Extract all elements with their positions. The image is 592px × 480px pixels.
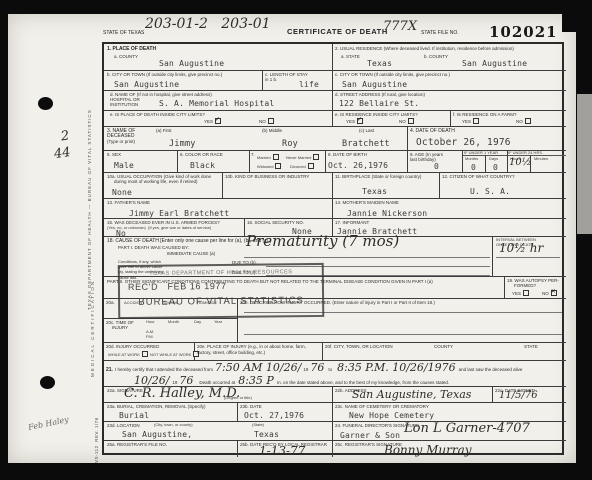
grid-line <box>485 155 486 172</box>
length-of-stay-value: life <box>299 81 319 89</box>
vertical-form-number: VS-112 REV. 1/76 <box>94 417 99 463</box>
registrar-date-recd-handwritten: 1-13-77 <box>259 445 305 457</box>
type-or-print-label: (Type or print) <box>107 139 135 145</box>
grid-line <box>104 90 566 91</box>
entry-line <box>244 257 490 258</box>
state-of-texas-label: STATE OF TEXAS <box>103 30 144 36</box>
county-of-death-label: a. COUNTY <box>114 54 138 60</box>
date-signed-handwritten: 11/5/76 <box>499 391 538 401</box>
grid-line <box>104 172 566 173</box>
death-city-limits-no: NO <box>259 118 274 125</box>
received-stamp: TEXAS DEPARTMENT OF HEALTH RESOURCES REC… <box>118 263 325 319</box>
married-checkbox <box>273 154 279 160</box>
months-label: Months <box>465 157 478 162</box>
state-file-number: 102021 <box>489 23 558 41</box>
mother-maiden-name-label: 14. MOTHER'S MAIDEN NAME <box>335 200 399 206</box>
certify-handwritten-to: 8:35 P.M. 10/26/1976 <box>337 362 456 373</box>
handwritten-777x: 777X <box>383 20 417 33</box>
last-name-label: (c) Last <box>359 128 374 134</box>
grid-line <box>177 150 178 172</box>
minutes-label: Minutes <box>534 157 548 162</box>
days-value: 0 <box>493 164 498 172</box>
mother-maiden-name-value: Jannie Nickerson <box>347 210 427 218</box>
grid-line <box>244 218 245 236</box>
while-at-work: WHILE AT WORK <box>108 351 148 358</box>
certificate-form-grid: 1. PLACE OF DEATH a. COUNTY San Augustin… <box>102 42 564 455</box>
stamp-line-3: BUREAU OF VITAL STATISTICS <box>120 295 322 308</box>
grid-line <box>332 44 333 126</box>
residence-state-value: Texas <box>367 60 392 68</box>
burial-location-sub2: (State) <box>252 423 264 428</box>
grid-line <box>104 126 566 127</box>
marital-widowed: Widowed <box>257 163 281 170</box>
interval-value-handwritten: 10½ hr <box>499 242 543 254</box>
handwritten-file-numbers: 203-01-2 203-01 <box>145 17 271 31</box>
county-of-death-value: San Augustine <box>159 60 224 68</box>
certify-text-6: Death occurred at <box>199 380 235 386</box>
age-value: 0 <box>434 163 439 171</box>
grid-line <box>104 360 566 361</box>
residence-county-value: San Augustine <box>462 60 527 68</box>
occupation-value: None <box>112 189 132 197</box>
certify-text-2: 19 <box>303 367 308 373</box>
grid-line <box>104 440 566 441</box>
date-of-death-value: October 26, 1976 <box>416 138 511 148</box>
autopsy-no: NO <box>542 290 557 297</box>
injury-20a-label: 20a. <box>106 300 115 306</box>
immediate-cause-label: IMMEDIATE CAUSE (a) <box>167 251 215 257</box>
physician-signature-handwritten: C. R. Halley, M.D. <box>124 387 240 400</box>
hole-punch-top <box>38 97 53 110</box>
day-label: Day <box>194 320 201 325</box>
residence-state-label: a. STATE <box>341 54 360 60</box>
certify-handwritten-year2: 76 <box>179 375 193 386</box>
grid-line <box>332 172 333 236</box>
certify-text-3: to <box>328 367 332 373</box>
grid-line <box>237 402 238 421</box>
month-label: Month <box>168 320 179 325</box>
hospital-name-value: S. A. Memorial Hospital <box>159 100 274 108</box>
grid-line <box>104 402 566 403</box>
grid-line <box>222 172 223 198</box>
grid-line <box>504 276 505 298</box>
stamp-line-1: TEXAS DEPARTMENT OF HEALTH RESOURCES <box>120 269 322 277</box>
age-label2: last birthday) <box>410 157 436 163</box>
registrar-file-no-label: 25a. REGISTRAR'S FILE NO. <box>107 442 167 448</box>
death-certificate-scan: 2 44 Feb Haley TEXAS DEPARTMENT OF HEALT… <box>0 0 592 480</box>
grid-line <box>249 150 250 172</box>
certify-handwritten-time: 8:35 P <box>238 375 274 386</box>
certificate-title: CERTIFICATE OF DEATH <box>287 27 388 36</box>
no-checkbox <box>525 118 531 124</box>
date-of-birth-value: Oct. 26,1976 <box>328 162 388 170</box>
farm-no: NO <box>516 118 531 125</box>
autopsy-yes: YES <box>512 290 529 297</box>
residence-on-farm-label: f. IS RESIDENCE ON A FARM? <box>453 112 517 118</box>
race-label: 6. COLOR OR RACE <box>180 152 223 158</box>
injury-occurred-label: 20d. INJURY OCCURRED <box>106 344 159 350</box>
burial-location-state: Texas <box>254 431 279 439</box>
certify-text-7: m. on the date stated above, and to the … <box>277 380 449 386</box>
days-label: Days <box>489 157 498 162</box>
cemetery-value: New Hope Cemetery <box>349 412 434 420</box>
city-of-death-value: San Augustine <box>114 81 179 89</box>
hour-label: Hour <box>146 320 155 325</box>
widowed-checkbox <box>275 163 281 169</box>
injury-county-label: COUNTY <box>434 344 453 350</box>
immediate-cause-value-handwritten: Prematurity (7 mos) <box>246 234 399 249</box>
margin-handwritten-number-top: 2 <box>60 129 70 143</box>
grid-line <box>322 342 323 360</box>
scan-edge-gray <box>577 94 592 234</box>
yes-checkbox <box>473 118 479 124</box>
grid-line <box>104 218 566 219</box>
burial-location-city: San Augustine, <box>122 431 192 439</box>
burial-date-value: Oct. 27,1976 <box>244 412 304 420</box>
certify-handwritten-alive-date: 10/26/ <box>134 375 169 386</box>
grid-line <box>104 342 566 343</box>
months-value: 0 <box>471 164 476 172</box>
date-of-birth-label: 8. DATE OF BIRTH <box>328 152 367 158</box>
father-name-label: 13. FATHER'S NAME <box>107 200 150 206</box>
city-of-death-label: b. CITY OR TOWN (If outside city limits,… <box>107 72 222 78</box>
date-of-death-label: 4. DATE OF DEATH <box>410 128 455 134</box>
marital-divorced: Divorced <box>290 163 314 170</box>
entry-line <box>496 257 560 258</box>
never-married-checkbox <box>313 154 319 160</box>
state-file-no-label: STATE FILE NO. <box>421 30 459 36</box>
grid-line <box>407 126 408 172</box>
certification-line-2: 10/26/ 19 76 Death occurred at 8:35 P m.… <box>134 375 564 386</box>
registrar-signature-handwritten: Bonny Murray <box>384 444 472 456</box>
citizen-value: U. S. A. <box>470 188 510 196</box>
grid-line <box>439 172 440 198</box>
residence-city-limits-yes: YES <box>346 118 363 125</box>
time-of-injury-label2: INJURY <box>112 325 128 331</box>
certify-text-5: 19 <box>172 380 177 386</box>
residence-county-label: b. COUNTY <box>424 54 448 60</box>
marital-never-married: Never Married <box>286 154 319 161</box>
place-of-death-label: 1. PLACE OF DEATH <box>107 46 156 52</box>
certify-text-4: and last saw the deceased alive <box>459 367 523 373</box>
sex-label: 5. SEX <box>107 152 121 158</box>
place-of-injury-label: 20e. PLACE OF INJURY (e.g., in or about … <box>197 344 319 356</box>
funeral-director-signature-handwritten: Lon L Garner-4707 <box>404 422 530 435</box>
middle-name-label: (b) Middle <box>262 128 282 134</box>
length-of-stay-label2: in 1 b. <box>265 77 277 83</box>
residence-city-value: San Augustine <box>342 81 407 89</box>
residence-city-limits-no: NO <box>399 118 414 125</box>
funeral-director-typed: Garner & Son <box>340 432 400 440</box>
cemetery-label: 23c. NAME OF CEMETERY OR CREMATORY <box>335 404 429 410</box>
pm-label: P.M. <box>146 335 154 340</box>
middle-name-value: Roy <box>282 140 298 149</box>
street-address-value: 122 Bellaire St. <box>339 100 419 108</box>
burial-location-sub1: (City, town, or county) <box>154 423 193 428</box>
vertical-medical-certification-label: MEDICAL CERTIFICATION <box>90 280 95 377</box>
grid-line <box>104 110 566 111</box>
ssn-label: 16. SOCIAL SECURITY NO. <box>247 220 304 226</box>
grid-line <box>462 150 463 172</box>
certification-line-1: 21. I hereby certify that I attended the… <box>106 362 564 373</box>
citizen-label: 12. CITIZEN OF WHAT COUNTRY? <box>442 174 515 180</box>
first-name-label: (a) First <box>156 128 172 134</box>
certify-handwritten-from: 7:50 AM 10/26/ <box>215 362 301 373</box>
autopsy-label2: FORMED? <box>514 283 536 289</box>
burial-date-label: 23b. DATE <box>240 404 262 410</box>
marital-status-label: 7. <box>251 152 255 158</box>
armed-forces-sub2: (If yes, give war or dates of service) <box>148 226 211 231</box>
certify-handwritten-year1: 76 <box>310 362 324 373</box>
grid-line <box>492 236 493 276</box>
burial-location-label: 23d. LOCATION <box>107 423 140 429</box>
informant-label: 17. INFORMANT <box>335 220 369 226</box>
while-at-work-checkbox <box>142 351 148 357</box>
stamp-line-2: REC'D FEB 16 1977 <box>120 280 322 292</box>
death-city-limits-yes: YES <box>204 118 221 125</box>
hospital-name-label3: INSTITUTION <box>110 102 138 108</box>
farm-yes: YES <box>462 118 479 125</box>
usual-residence-label: 2. USUAL RESIDENCE (Where deceased lived… <box>335 46 514 52</box>
grid-line <box>450 110 451 126</box>
grid-line <box>104 70 566 71</box>
part1-label: PART I. DEATH WAS CAUSED BY: <box>118 245 189 251</box>
hours-value-handwritten: 10½ <box>509 158 531 168</box>
yes-checkbox-checked <box>215 118 221 124</box>
grid-line <box>325 150 326 172</box>
grid-line <box>237 440 238 457</box>
first-name-value: Jimmy <box>169 140 196 149</box>
sex-value: Male <box>114 162 134 170</box>
no-checkbox-checked <box>551 290 557 296</box>
grid-line <box>492 386 493 402</box>
armed-forces-sub1: (Yes, no, or unknown) <box>107 226 146 231</box>
business-industry-label: 10b. KIND OF BUSINESS OR INDUSTRY <box>225 174 309 180</box>
divorced-checkbox <box>308 163 314 169</box>
injury-city-label: 20f. CITY, TOWN, OR LOCATION <box>325 344 393 350</box>
death-inside-city-limits-label: e. IS PLACE OF DEATH INSIDE CITY LIMITS? <box>110 112 205 118</box>
street-address-label: d. STREET ADDRESS (If rural, give locati… <box>335 92 425 98</box>
not-while-at-work: NOT WHILE AT WORK <box>150 351 199 358</box>
degree-or-title-label: (Degree or title) <box>224 396 252 401</box>
physician-address-handwritten: San Augustine, Texas <box>352 389 471 400</box>
occupation-label2: during most of working life, even if ret… <box>114 179 198 185</box>
grid-line <box>262 70 263 90</box>
residence-inside-city-limits-label: e. IS RESIDENCE INSIDE CITY LIMITS? <box>335 112 418 118</box>
birthplace-value: Texas <box>362 188 387 196</box>
hole-punch-bottom <box>40 376 55 389</box>
margin-handwritten-number-bottom: 44 <box>53 146 71 161</box>
grid-line <box>332 386 333 457</box>
father-name-value: Jimmy Earl Bratchett <box>129 210 229 218</box>
last-name-value: Bratchett <box>342 140 390 149</box>
armed-forces-value: No <box>116 230 126 238</box>
injury-state-label: STATE <box>524 344 538 350</box>
burial-label: 23a. BURIAL, CREMATION, REMOVAL (Specify… <box>107 404 205 410</box>
marital-married: Married <box>257 154 279 161</box>
no-checkbox <box>408 118 414 124</box>
certify-text-1: I hereby certify that I attended the dec… <box>115 367 213 373</box>
no-checkbox <box>268 118 274 124</box>
year-label: Year <box>214 320 222 325</box>
entry-line <box>244 334 562 335</box>
race-value: Black <box>190 162 215 170</box>
residence-city-label: c. CITY OR TOWN (If outside city limits,… <box>335 72 450 78</box>
birthplace-label: 11. BIRTHPLACE (State or foreign country… <box>335 174 421 180</box>
certify-number: 21. <box>106 367 113 373</box>
grid-line <box>104 198 566 199</box>
yes-checkbox-checked <box>357 118 363 124</box>
scan-corner-shadow <box>562 14 576 32</box>
yes-checkbox <box>523 290 529 296</box>
burial-value: Burial <box>119 412 149 420</box>
